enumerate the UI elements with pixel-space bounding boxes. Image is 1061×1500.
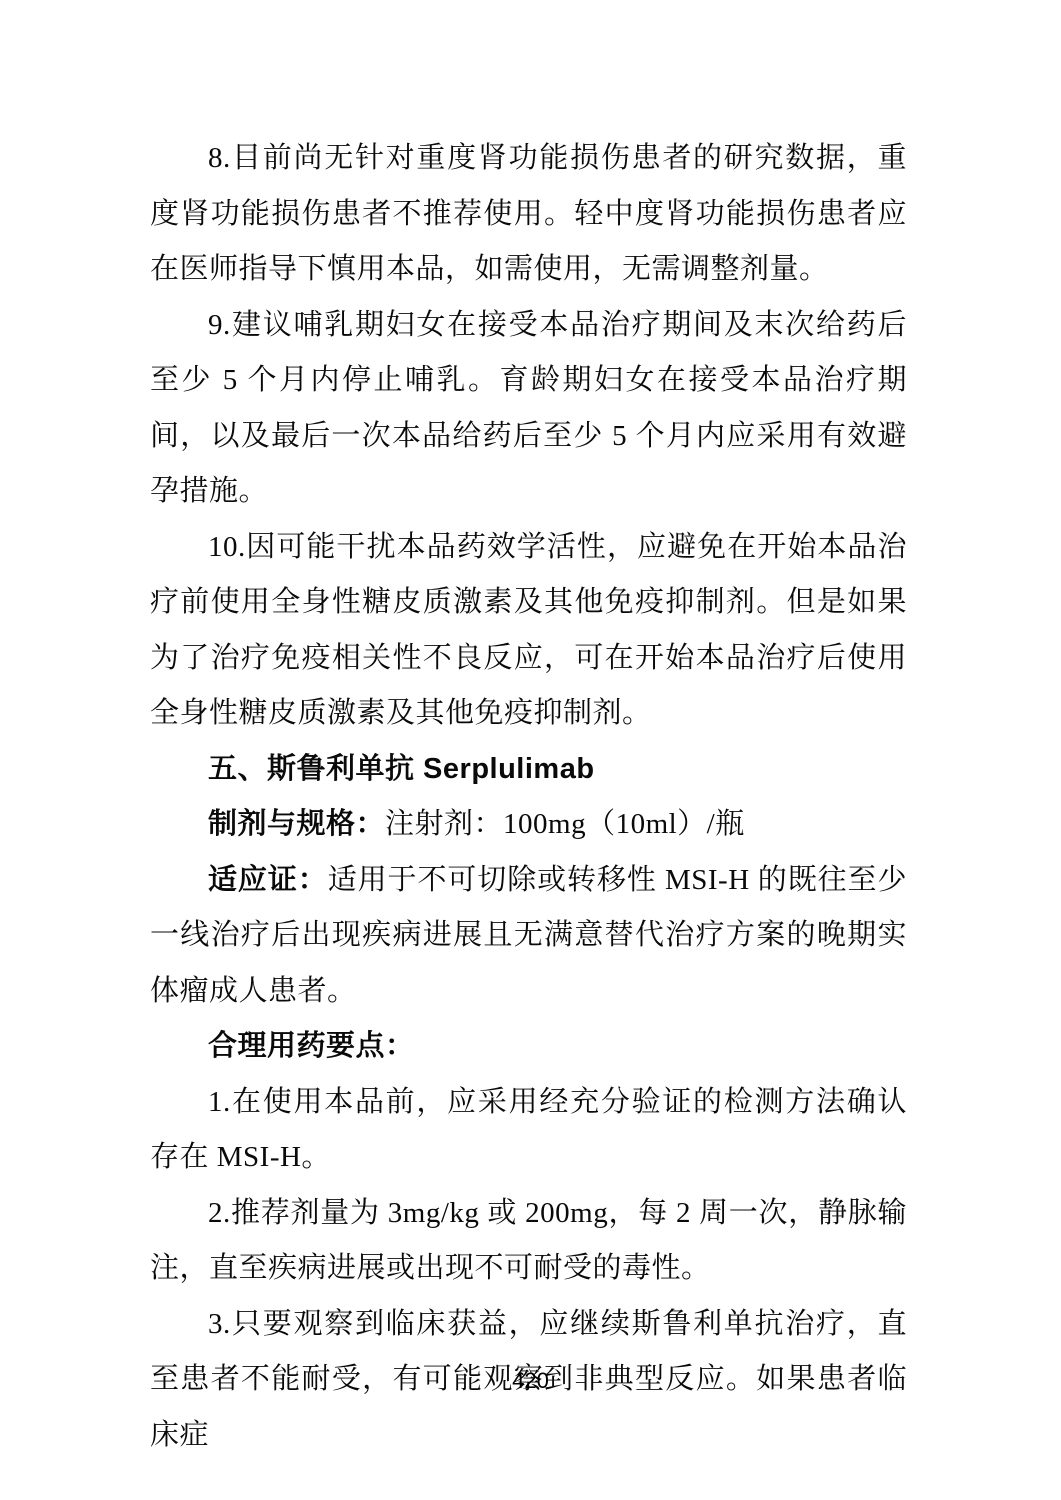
document-page: 8.目前尚无针对重度肾功能损伤患者的研究数据，重度肾功能损伤患者不推荐使用。轻中… — [0, 0, 1061, 1500]
document-text-block: 8.目前尚无针对重度肾功能损伤患者的研究数据，重度肾功能损伤患者不推荐使用。轻中… — [150, 131, 907, 1463]
formulation-spec-line: 制剂与规格：注射剂：100mg（10ml）/瓶 — [150, 797, 907, 853]
indication-label: 适应证： — [208, 864, 328, 896]
key-points-heading: 合理用药要点： — [150, 1019, 907, 1075]
formulation-spec-label: 制剂与规格： — [208, 808, 385, 840]
key-point-1: 1.在使用本品前，应采用经充分验证的检测方法确认存在 MSI-H。 — [150, 1075, 907, 1186]
paragraph-renal-impairment: 8.目前尚无针对重度肾功能损伤患者的研究数据，重度肾功能损伤患者不推荐使用。轻中… — [150, 131, 907, 298]
indication-line: 适应证：适用于不可切除或转移性 MSI-H 的既往至少一线治疗后出现疾病进展且无… — [150, 853, 907, 1020]
paragraph-immunosuppressants: 10.因可能干扰本品药效学活性，应避免在开始本品治疗前使用全身性糖皮质激素及其他… — [150, 520, 907, 742]
page-number: 420 — [0, 1368, 1061, 1394]
section-heading-serplulimab: 五、斯鲁利单抗 Serplulimab — [150, 742, 907, 798]
key-point-2: 2.推荐剂量为 3mg/kg 或 200mg，每 2 周一次，静脉输注，直至疾病… — [150, 1186, 907, 1297]
formulation-spec-text: 注射剂：100mg（10ml）/瓶 — [385, 808, 745, 840]
paragraph-lactation-contraception: 9.建议哺乳期妇女在接受本品治疗期间及末次给药后至少 5 个月内停止哺乳。育龄期… — [150, 298, 907, 520]
